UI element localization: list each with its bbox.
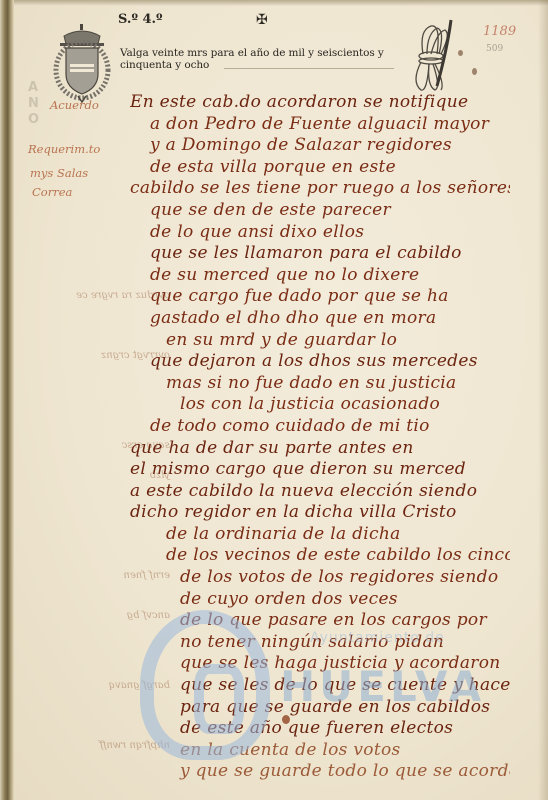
margin-notes: Acuerdo Requerim.to mys Salas Correa	[22, 98, 122, 204]
body-line: los con la justicia ocasionado	[130, 394, 510, 416]
margin-note-requerimiento: Requerim.to	[28, 142, 122, 156]
stamp-header-line-1: Valga veinte mrs para el año de mil y se…	[120, 47, 405, 59]
manuscript-body: En este cab.do acordaron se notifique a …	[130, 92, 510, 783]
body-line: para que se guarde en los cabildos	[130, 697, 510, 719]
body-line: que dejaron a los dhos sus mercedes	[130, 351, 510, 373]
stamp-rule-divider	[224, 68, 394, 69]
body-line: que se den de este parecer	[130, 200, 510, 222]
folio-number-ink: 1189	[483, 24, 516, 39]
ink-blot	[282, 715, 290, 724]
body-line: de lo que ansi dixo ellos	[130, 222, 510, 244]
body-line: de su merced que no lo dixere	[130, 265, 510, 287]
body-line: y que se guarde todo lo que se acordó	[130, 761, 510, 783]
body-line: en su mrd y de guardar lo	[130, 330, 510, 352]
royal-coat-of-arms-icon	[50, 22, 114, 104]
body-line: a este cabildo la nueva elección siendo	[130, 481, 510, 503]
body-line: el mismo cargo que dieron su merced	[130, 459, 510, 481]
body-line: dicho regidor en la dicha villa Cristo	[130, 502, 510, 524]
body-line: que ha de dar su parte antes en	[130, 438, 510, 460]
ink-spot	[458, 50, 463, 56]
body-line: cabildo se les tiene por ruego a los señ…	[130, 178, 510, 200]
body-line: de todo como cuidado de mi tio	[130, 416, 510, 438]
margin-note-blank	[22, 117, 122, 137]
body-line: de este año que fueren electos	[130, 718, 510, 740]
stamp-header-line-2: cinquenta y ocho	[120, 59, 405, 71]
margin-note-salas: mys Salas	[30, 166, 122, 180]
body-line: de la ordinaria de la dicha	[130, 524, 510, 546]
margin-note-acuerdo: Acuerdo	[50, 98, 122, 112]
page-right-edge	[538, 0, 548, 800]
stamp-series: S.º 4.º	[118, 12, 163, 27]
body-line: que se les de lo que se cuente y hace	[130, 675, 510, 697]
body-line: mas si no fue dado en su justicia	[130, 373, 510, 395]
tied-bundle-icon	[405, 14, 465, 94]
body-line: de cuyo orden dos veces	[130, 589, 510, 611]
body-line: que cargo fue dado por que se ha	[130, 286, 510, 308]
body-line: de los votos de los regidores siendo	[130, 567, 510, 589]
body-line: de los vecinos de este cabildo los cinco	[130, 545, 510, 567]
body-line: En este cab.do acordaron se notifique	[130, 92, 510, 114]
margin-note-correa: Correa	[32, 185, 122, 199]
body-line: y a Domingo de Salazar regidores	[130, 135, 510, 157]
body-line: que se les haga justicia y acordaron	[130, 653, 510, 675]
cross-icon: ✠	[256, 12, 268, 28]
body-line: gastado el dho dho que en mora	[130, 308, 510, 330]
body-line: de esta villa porque en este	[130, 157, 510, 179]
page-top-edge	[14, 0, 548, 6]
body-line: que se les llamaron para el cabildo	[130, 243, 510, 265]
page-binding	[0, 0, 14, 800]
ink-spot	[472, 68, 477, 75]
body-line: a don Pedro de Fuente alguacil mayor	[130, 114, 510, 136]
body-line: no tener ningún salario pidan	[130, 632, 510, 654]
body-line: en la cuenta de los votos	[130, 740, 510, 762]
manuscript-page: S.º 4.º ✠ Valga veinte mrs para el año d…	[0, 0, 548, 800]
folio-number-pencil: 509	[486, 44, 503, 54]
body-line: de lo que pasare en los cargos por	[130, 610, 510, 632]
